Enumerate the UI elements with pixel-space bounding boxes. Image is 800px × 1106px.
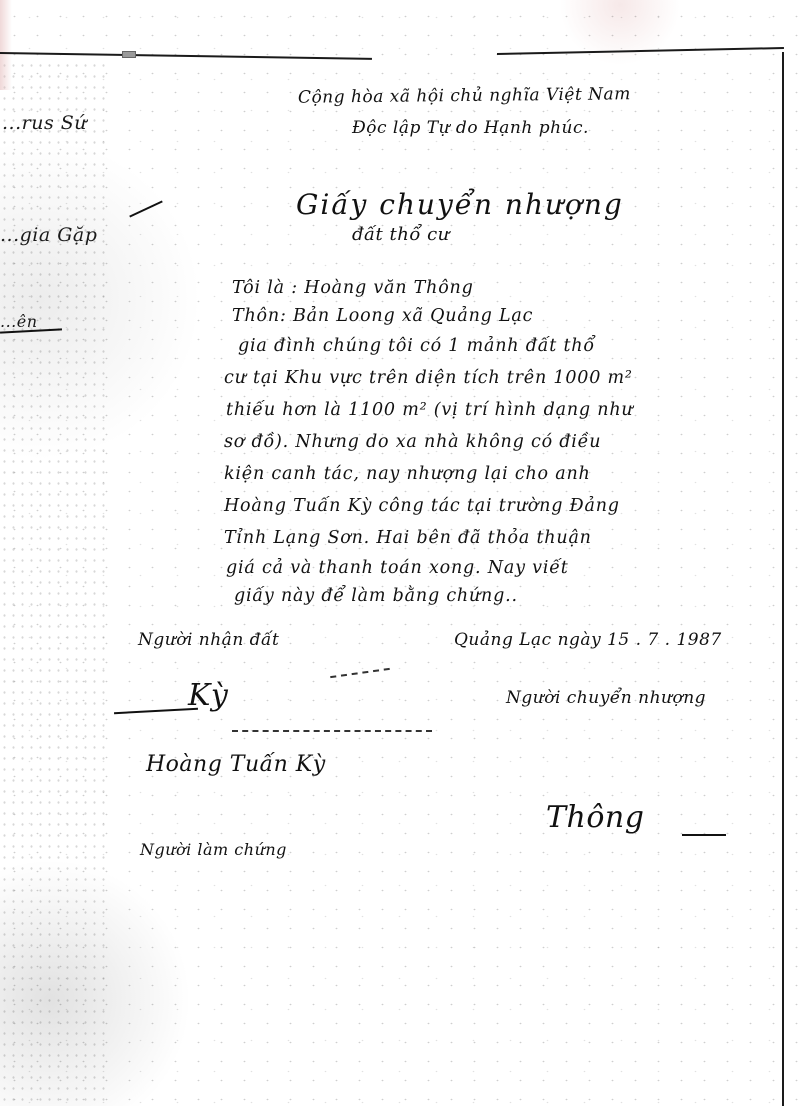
frame-right-border [782,52,784,1106]
body-line-8: Hoàng Tuấn Kỳ công tác tại trường Đảng [224,496,620,516]
national-motto: Cộng hòa xã hội chủ nghĩa Việt Nam [298,84,631,107]
scan-noise [0,0,800,1106]
receiver-signature: Kỳ [188,678,228,713]
transferor-signature-stroke [682,834,726,836]
body-line-5: thiếu hơn là 1100 m² (vị trí hình dạng n… [226,400,634,420]
body-line-2: Thôn: Bản Loong xã Quảng Lạc [232,306,533,326]
receiver-name: Hoàng Tuấn Kỳ [146,752,326,777]
left-margin-noise [0,60,110,1106]
body-line-4: cư tại Khu vực trên diện tích trên 1000 … [224,368,633,388]
margin-note-3: ...ên [0,312,38,331]
witness-label: Người làm chứng [140,840,287,859]
national-slogan: Độc lập Tự do Hạnh phúc. [352,118,589,138]
paper-edge [0,0,12,90]
place-and-date: Quảng Lạc ngày 15 . 7 . 1987 [454,630,722,650]
body-line-7: kiện canh tác, nay nhượng lại cho anh [224,464,591,484]
document-title: Giấy chuyển nhượng [296,188,624,221]
body-line-6: sơ đồ). Nhưng do xa nhà không có điều [224,432,601,452]
margin-note-2: ...gia Gặp [0,224,97,246]
transferor-label: Người chuyển nhượng [506,688,706,708]
dashed-separator [232,730,432,732]
body-line-10: giá cả và thanh toán xong. Nay viết [226,558,569,578]
body-line-3: gia đình chúng tôi có 1 mảnh đất thổ [238,336,595,356]
body-line-1: Tôi là : Hoàng văn Thông [232,278,474,298]
staple-mark [122,51,136,58]
scanned-document-page: ...rus Sứ ...gia Gặp ...ên Cộng hòa xã h… [0,0,800,1106]
body-line-11: giấy này để làm bằng chứng.. [234,586,518,606]
margin-note-1: ...rus Sứ [2,112,87,134]
transferor-signature: Thông [546,800,644,835]
body-line-9: Tỉnh Lạng Sơn. Hai bên đã thỏa thuận [224,528,592,548]
receiver-label: Người nhận đất [138,630,279,650]
document-subtitle: đất thổ cư [352,224,450,245]
